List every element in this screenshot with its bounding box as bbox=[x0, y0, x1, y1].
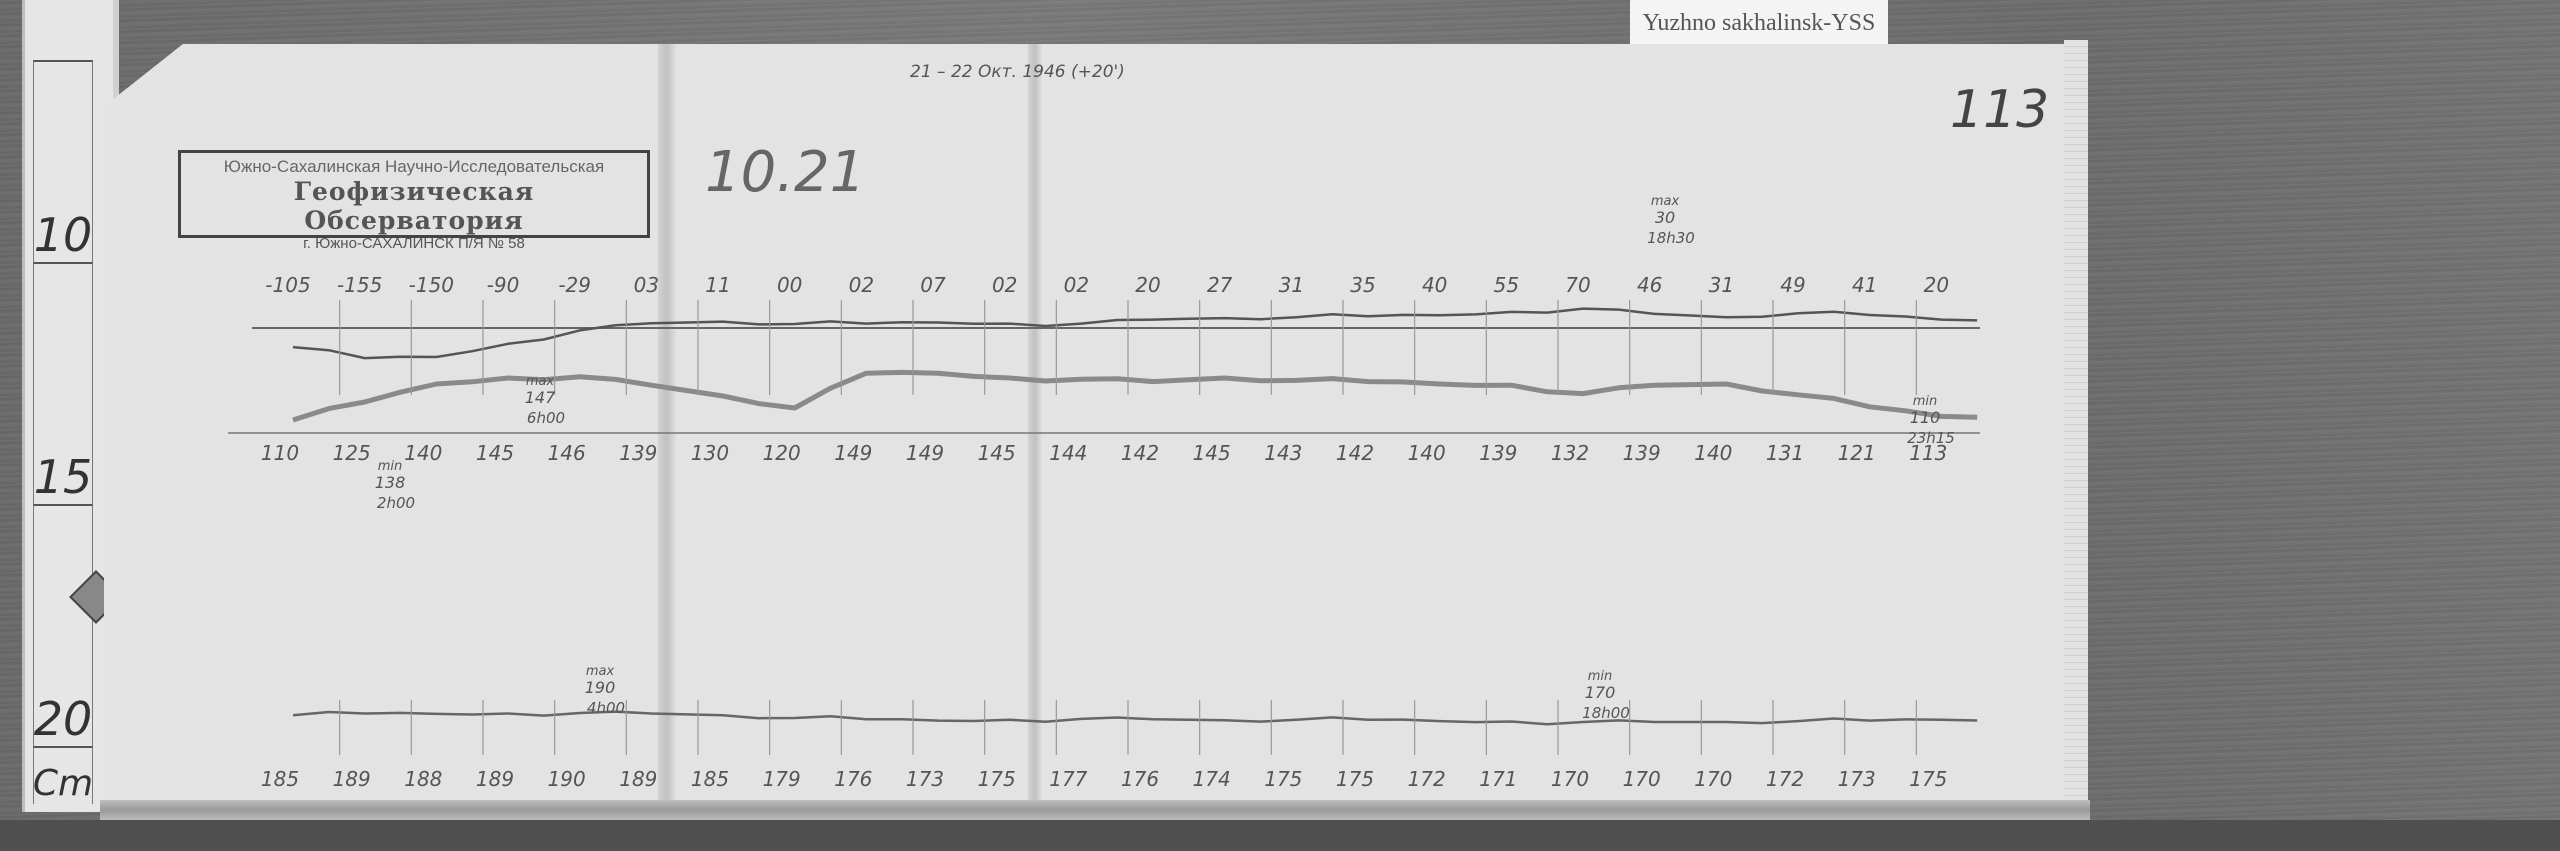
d-hour-label: 40 bbox=[1422, 273, 1447, 297]
h-hour-label: 142 bbox=[1336, 441, 1374, 465]
d-hour-label: 02 bbox=[849, 273, 874, 297]
z-hour-label: 189 bbox=[476, 767, 514, 791]
hour-scale-strip bbox=[100, 800, 2090, 820]
h-hour-label: 146 bbox=[548, 441, 586, 465]
annotation-time: 2h00 bbox=[377, 494, 415, 512]
d-hour-label: 70 bbox=[1565, 273, 1590, 297]
h-hour-label: 149 bbox=[834, 441, 872, 465]
h-hour-label: 140 bbox=[1408, 441, 1446, 465]
h-hour-label: 145 bbox=[978, 441, 1016, 465]
annotation-value: 190 bbox=[585, 678, 616, 697]
d-hour-label: -155 bbox=[337, 273, 382, 297]
z-hour-label: 179 bbox=[763, 767, 801, 791]
d-hour-label: -150 bbox=[409, 273, 454, 297]
z-hour-label: 175 bbox=[1336, 767, 1374, 791]
annotation-value: 147 bbox=[525, 388, 556, 407]
d-hour-label: 31 bbox=[1709, 273, 1734, 297]
z-hour-label: 185 bbox=[691, 767, 729, 791]
annotation-label: max bbox=[526, 374, 555, 389]
annotation-value: 110 bbox=[1910, 408, 1941, 427]
d-hour-label: 20 bbox=[1135, 273, 1160, 297]
annotation-label: max bbox=[1651, 194, 1680, 209]
h-hour-label: 149 bbox=[906, 441, 944, 465]
h-hour-label: 132 bbox=[1551, 441, 1589, 465]
z-hour-label: 189 bbox=[333, 767, 371, 791]
z-hour-label: 170 bbox=[1551, 767, 1589, 791]
z-hour-label: 177 bbox=[1049, 767, 1087, 791]
annotation-label: min bbox=[378, 459, 403, 474]
annotation-label: min bbox=[1913, 394, 1938, 409]
annotation-label: max bbox=[586, 664, 615, 679]
d-trace bbox=[293, 309, 1977, 359]
h-hour-label: 145 bbox=[476, 441, 514, 465]
d-hour-label: 46 bbox=[1637, 273, 1662, 297]
d-hour-label: 00 bbox=[777, 273, 802, 297]
d-hour-label: 31 bbox=[1279, 273, 1304, 297]
annotation-time: 18h30 bbox=[1647, 229, 1695, 247]
h-hour-label: 130 bbox=[691, 441, 729, 465]
z-hour-label: 175 bbox=[1264, 767, 1302, 791]
d-hour-label: 49 bbox=[1780, 273, 1805, 297]
annotation-time: 4h00 bbox=[587, 699, 625, 717]
z-hour-label: 188 bbox=[404, 767, 442, 791]
magnetogram-traces: -105-155-150-90-290311000207020220273135… bbox=[0, 0, 2560, 851]
annotation-label: min bbox=[1588, 669, 1613, 684]
h-hour-label: 131 bbox=[1766, 441, 1804, 465]
h-hour-label: 139 bbox=[1479, 441, 1517, 465]
annotation-time: 23h15 bbox=[1907, 429, 1955, 447]
z-hour-label: 176 bbox=[1121, 767, 1159, 791]
z-trace bbox=[293, 712, 1977, 725]
table-edge bbox=[0, 820, 2560, 851]
d-hour-label: 20 bbox=[1924, 273, 1949, 297]
d-hour-label: 11 bbox=[705, 273, 730, 297]
z-hour-label: 172 bbox=[1766, 767, 1804, 791]
annotation-value: 170 bbox=[1585, 683, 1616, 702]
z-hour-label: 172 bbox=[1408, 767, 1446, 791]
annotation-value: 138 bbox=[375, 473, 406, 492]
z-hour-label: 185 bbox=[261, 767, 299, 791]
h-hour-label: 125 bbox=[333, 441, 371, 465]
d-hour-label: 03 bbox=[634, 273, 659, 297]
h-hour-label: 121 bbox=[1838, 441, 1876, 465]
d-hour-label: -105 bbox=[265, 273, 310, 297]
h-hour-label: 144 bbox=[1049, 441, 1087, 465]
annotation-time: 18h00 bbox=[1582, 704, 1630, 722]
h-hour-label: 139 bbox=[619, 441, 657, 465]
z-hour-label: 176 bbox=[834, 767, 872, 791]
z-hour-label: 170 bbox=[1694, 767, 1732, 791]
annotation-value: 30 bbox=[1655, 208, 1675, 227]
d-hour-label: 41 bbox=[1852, 273, 1877, 297]
z-hour-label: 171 bbox=[1479, 767, 1517, 791]
z-hour-label: 174 bbox=[1193, 767, 1231, 791]
h-hour-label: 143 bbox=[1264, 441, 1302, 465]
h-hour-label: 120 bbox=[763, 441, 801, 465]
d-hour-label: -29 bbox=[558, 273, 591, 297]
d-hour-label: -90 bbox=[487, 273, 520, 297]
z-hour-label: 190 bbox=[548, 767, 586, 791]
d-hour-label: 02 bbox=[1064, 273, 1089, 297]
z-hour-label: 175 bbox=[978, 767, 1016, 791]
z-hour-label: 173 bbox=[906, 767, 944, 791]
h-hour-label: 145 bbox=[1193, 441, 1231, 465]
z-hour-label: 189 bbox=[619, 767, 657, 791]
z-hour-label: 173 bbox=[1838, 767, 1876, 791]
d-hour-label: 55 bbox=[1494, 273, 1519, 297]
annotation-time: 6h00 bbox=[527, 409, 565, 427]
d-hour-label: 35 bbox=[1350, 273, 1375, 297]
h-hour-label: 142 bbox=[1121, 441, 1159, 465]
d-hour-label: 27 bbox=[1207, 273, 1233, 297]
h-hour-label: 110 bbox=[261, 441, 299, 465]
z-hour-label: 175 bbox=[1909, 767, 1947, 791]
d-hour-label: 07 bbox=[920, 273, 946, 297]
h-hour-label: 139 bbox=[1623, 441, 1661, 465]
h-hour-label: 140 bbox=[1694, 441, 1732, 465]
z-hour-label: 170 bbox=[1623, 767, 1661, 791]
h-hour-label: 140 bbox=[404, 441, 442, 465]
d-hour-label: 02 bbox=[992, 273, 1017, 297]
